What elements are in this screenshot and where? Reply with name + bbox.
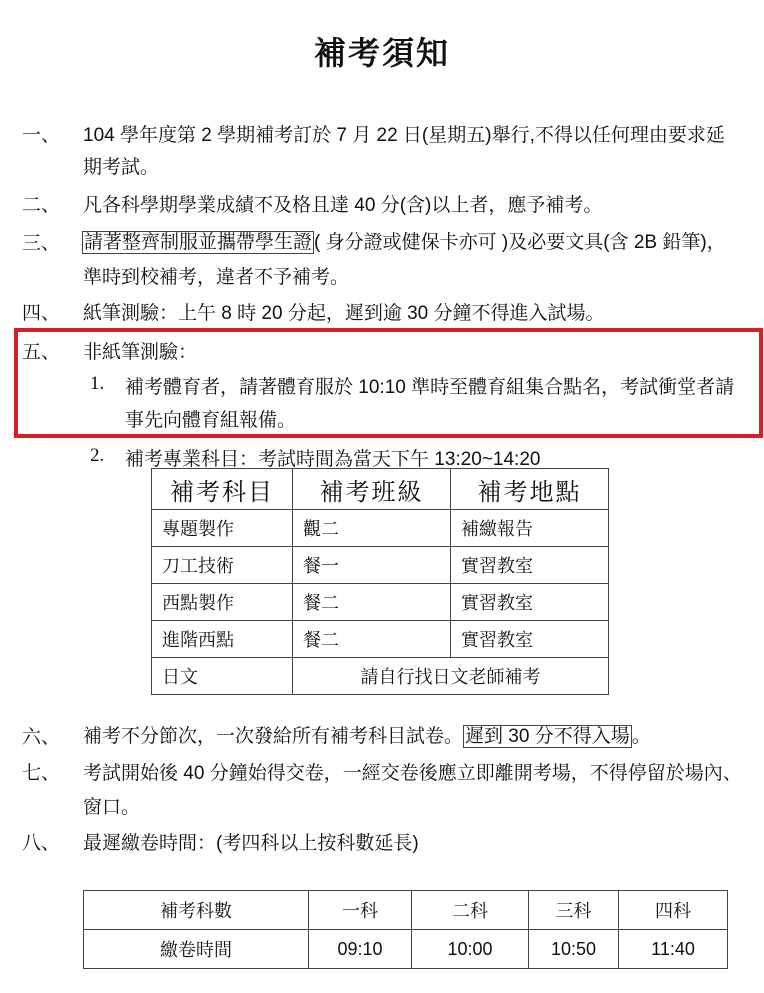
table-cell: 10:50 [529, 930, 619, 969]
item-text: 非紙筆測驗： [83, 337, 197, 364]
table-row: 日文 請自行找日文老師補考 [152, 658, 609, 695]
item-text-rest: ( 身分證或健保卡亦可 )及必要文具(含 2B 鉛筆)， [314, 232, 726, 253]
sub-item-number: 1. [90, 373, 104, 395]
item-number: 一、 [22, 120, 60, 147]
page-title: 補考須知 [0, 28, 764, 74]
item-number: 八、 [22, 828, 60, 855]
table-cell: 四科 [619, 891, 728, 930]
table-header: 補考地點 [451, 469, 609, 510]
item-text: 104 學年度第 2 學期補考訂於 7 月 22 日(星期五)舉行,不得以任何理… [83, 120, 725, 147]
table-cell: 西點製作 [152, 584, 293, 621]
item-number: 四、 [22, 298, 60, 325]
item-number: 七、 [22, 758, 60, 785]
item-text: 補考不分節次，一次發給所有補考科目試卷。遲到 30 分不得入場。 [83, 721, 651, 748]
sub-item-text: 補考體育者，請著體育服於 10:10 準時至體育組集合點名，考試衝堂者請 [125, 372, 734, 399]
table-cell: 餐二 [293, 621, 451, 658]
deadline-table: 補考科數 一科 二科 三科 四科 繳卷時間 09:10 10:00 10:50 … [83, 890, 728, 969]
table-row: 西點製作 餐二 實習教室 [152, 584, 609, 621]
table-cell: 進階西點 [152, 621, 293, 658]
boxed-emphasis: 遲到 30 分不得入場 [463, 725, 632, 748]
table-cell: 一科 [309, 891, 412, 930]
item-text: 最遲繳卷時間：(考四科以上按科數延長) [83, 828, 419, 855]
table-cell: 09:10 [309, 930, 412, 969]
item-text: 期考試。 [83, 152, 159, 179]
table-cell: 餐一 [293, 547, 451, 584]
table-row: 繳卷時間 09:10 10:00 10:50 11:40 [84, 930, 728, 969]
item-text: 請著整齊制服並攜帶學生證( 身分證或健保卡亦可 )及必要文具(含 2B 鉛筆)， [82, 227, 726, 254]
item-number: 五、 [22, 337, 60, 364]
table-header: 補考科目 [152, 469, 293, 510]
table-header-row: 補考科目 補考班級 補考地點 [152, 469, 609, 510]
table-cell: 補考科數 [84, 891, 309, 930]
item-text-main: 補考不分節次，一次發給所有補考科目試卷。 [83, 726, 463, 747]
table-cell: 繳卷時間 [84, 930, 309, 969]
table-cell: 二科 [412, 891, 529, 930]
item-number: 六、 [22, 722, 60, 749]
sub-item-number: 2. [90, 445, 104, 467]
table-row: 刀工技術 餐一 實習教室 [152, 547, 609, 584]
table-cell: 請自行找日文老師補考 [293, 658, 609, 695]
sub-item-text: 事先向體育組報備。 [125, 405, 296, 432]
table-cell: 餐二 [293, 584, 451, 621]
table-row: 進階西點 餐二 實習教室 [152, 621, 609, 658]
table-cell: 補繳報告 [451, 510, 609, 547]
table-cell: 刀工技術 [152, 547, 293, 584]
table-cell: 實習教室 [451, 621, 609, 658]
boxed-emphasis: 請著整齊制服並攜帶學生證 [82, 231, 314, 254]
table-cell: 專題製作 [152, 510, 293, 547]
item-text: 凡各科學期學業成績不及格且達 40 分(含)以上者，應予補考。 [83, 190, 602, 217]
sub-item-text: 補考專業科目：考試時間為當天下午 13:20~14:20 [125, 444, 540, 471]
subject-table: 補考科目 補考班級 補考地點 專題製作 觀二 補繳報告 刀工技術 餐一 實習教室… [151, 468, 609, 695]
table-row: 專題製作 觀二 補繳報告 [152, 510, 609, 547]
item-text: 紙筆測驗：上午 8 時 20 分起，遲到逾 30 分鐘不得進入試場。 [83, 298, 605, 325]
item-number: 二、 [22, 190, 60, 217]
table-cell: 觀二 [293, 510, 451, 547]
table-cell: 實習教室 [451, 584, 609, 621]
item-text: 考試開始後 40 分鐘始得交卷，一經交卷後應立即離開考場，不得停留於場內、 [83, 758, 742, 785]
item-text: 窗口。 [83, 792, 140, 819]
table-row: 補考科數 一科 二科 三科 四科 [84, 891, 728, 930]
item-number: 三、 [22, 228, 60, 255]
table-cell: 三科 [529, 891, 619, 930]
table-header: 補考班級 [293, 469, 451, 510]
item-text-tail: 。 [632, 726, 651, 747]
table-cell: 實習教室 [451, 547, 609, 584]
table-cell: 日文 [152, 658, 293, 695]
table-cell: 10:00 [412, 930, 529, 969]
table-cell: 11:40 [619, 930, 728, 969]
item-text: 準時到校補考，違者不予補考。 [83, 262, 349, 289]
